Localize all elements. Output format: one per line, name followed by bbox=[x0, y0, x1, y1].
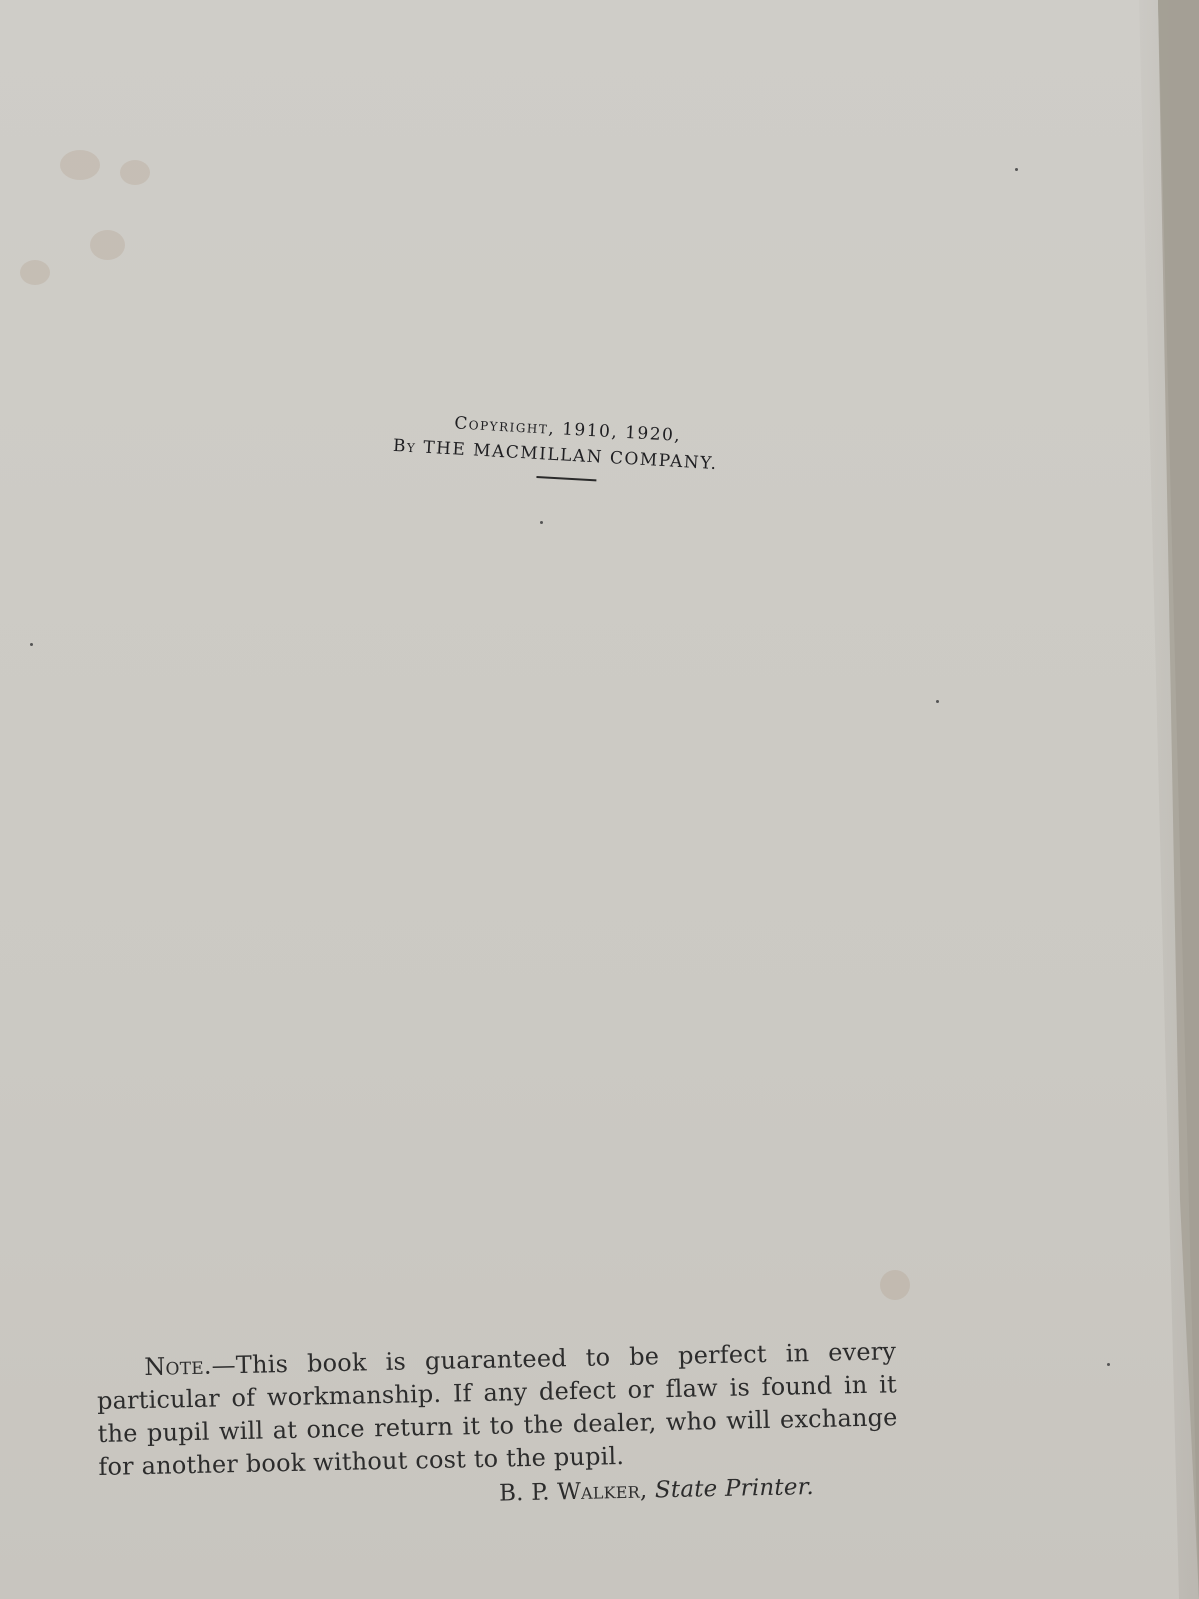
speck bbox=[1107, 1363, 1110, 1366]
note-paragraph: Note.—This book is guaranteed to be perf… bbox=[96, 1335, 899, 1484]
stain bbox=[20, 260, 50, 285]
stain bbox=[90, 230, 125, 260]
speck bbox=[936, 700, 939, 703]
note-label: Note. bbox=[144, 1352, 212, 1381]
signature-title: State Printer. bbox=[655, 1474, 814, 1503]
stain bbox=[60, 150, 100, 180]
speck bbox=[30, 643, 33, 646]
speck bbox=[540, 521, 543, 524]
stain bbox=[120, 160, 150, 185]
speck bbox=[1015, 168, 1018, 171]
stain bbox=[880, 1270, 910, 1300]
guarantee-note: Note.—This book is guaranteed to be perf… bbox=[96, 1335, 899, 1519]
signature-name: B. P. Walker, bbox=[499, 1477, 648, 1506]
note-dash: — bbox=[211, 1351, 236, 1380]
